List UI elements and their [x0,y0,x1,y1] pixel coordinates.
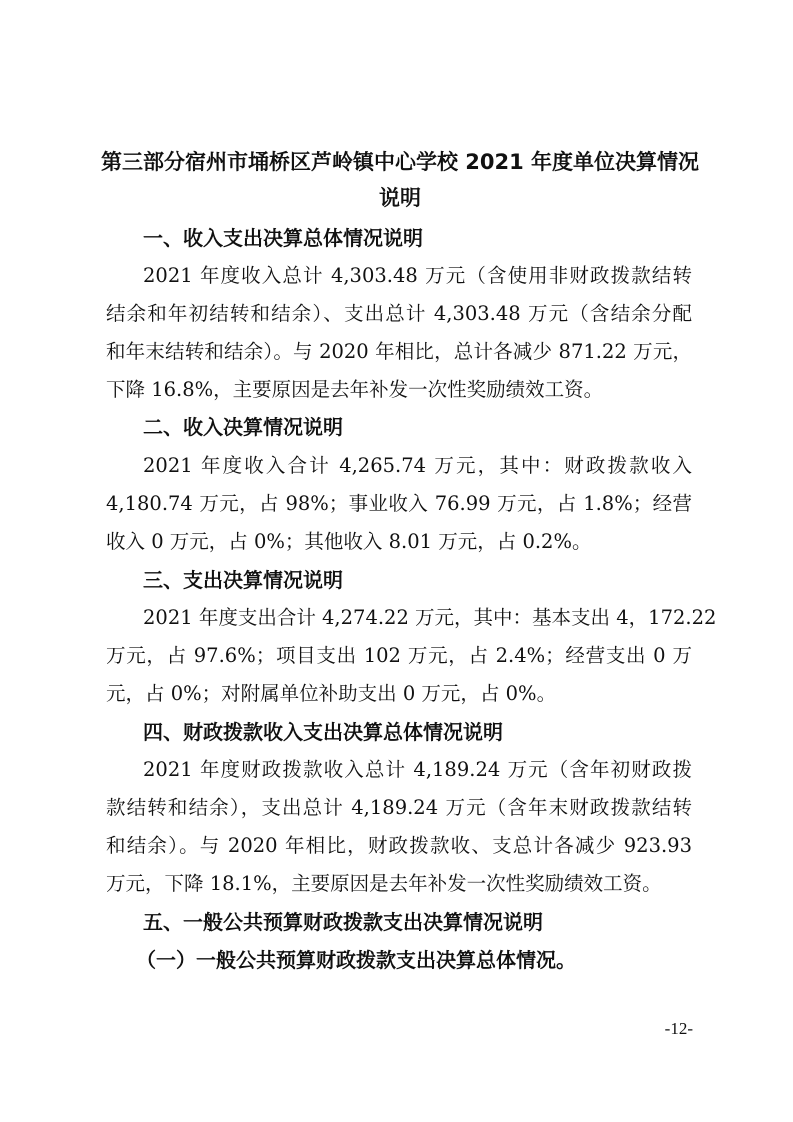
paragraph-line: 和年末结转和结余）。与 2020 年相比，总计各减少 871.22 万元， [106,338,692,366]
document-title-line-1: 第三部分宿州市埇桥区芦岭镇中心学校 2021 年度单位决算情况 [100,148,700,176]
section-heading-5: 五、一般公共预算财政拨款支出决算情况说明 [143,908,543,936]
section-heading-3: 三、支出决算情况说明 [143,566,343,594]
subsection-heading-5-1: （一）一般公共预算财政拨款支出决算总体情况。 [136,946,576,974]
paragraph-line: 结余和年初结转和结余）、支出总计 4,303.48 万元（含结余分配 [106,300,692,328]
paragraph-line: 万元，占 97.6%；项目支出 102 万元，占 2.4%；经营支出 0 万 [106,642,692,670]
paragraph-line: 收入 0 万元，占 0%；其他收入 8.01 万元，占 0.2%。 [106,528,692,556]
paragraph-line: 万元，下降 18.1%，主要原因是去年补发一次性奖励绩效工资。 [106,870,692,898]
page-number: -12- [665,1018,693,1040]
paragraph-line: 2021 年度收入合计 4,265.74 万元，其中：财政拨款收入 [143,452,692,480]
document-page: 第三部分宿州市埇桥区芦岭镇中心学校 2021 年度单位决算情况 说明 一、收入支… [0,0,793,1122]
paragraph-line: 2021 年度财政拨款收入总计 4,189.24 万元（含年初财政拨 [143,756,692,784]
section-heading-4: 四、财政拨款收入支出决算总体情况说明 [143,718,503,746]
paragraph-line: 元，占 0%；对附属单位补助支出 0 万元，占 0%。 [106,680,692,708]
paragraph-line: 2021 年度收入总计 4,303.48 万元（含使用非财政拨款结转 [143,262,692,290]
paragraph-line: 下降 16.8%，主要原因是去年补发一次性奖励绩效工资。 [106,376,692,404]
section-heading-2: 二、收入决算情况说明 [143,413,343,441]
document-title-line-2: 说明 [100,184,700,212]
section-heading-1: 一、收入支出决算总体情况说明 [143,224,423,252]
paragraph-line: 款结转和结余），支出总计 4,189.24 万元（含年末财政拨款结转 [106,794,692,822]
paragraph-line: 2021 年度支出合计 4,274.22 万元，其中：基本支出 4，172.22 [143,604,692,632]
paragraph-line: 4,180.74 万元，占 98%；事业收入 76.99 万元，占 1.8%；经… [106,490,692,518]
paragraph-line: 和结余）。与 2020 年相比，财政拨款收、支总计各减少 923.93 [106,832,692,860]
